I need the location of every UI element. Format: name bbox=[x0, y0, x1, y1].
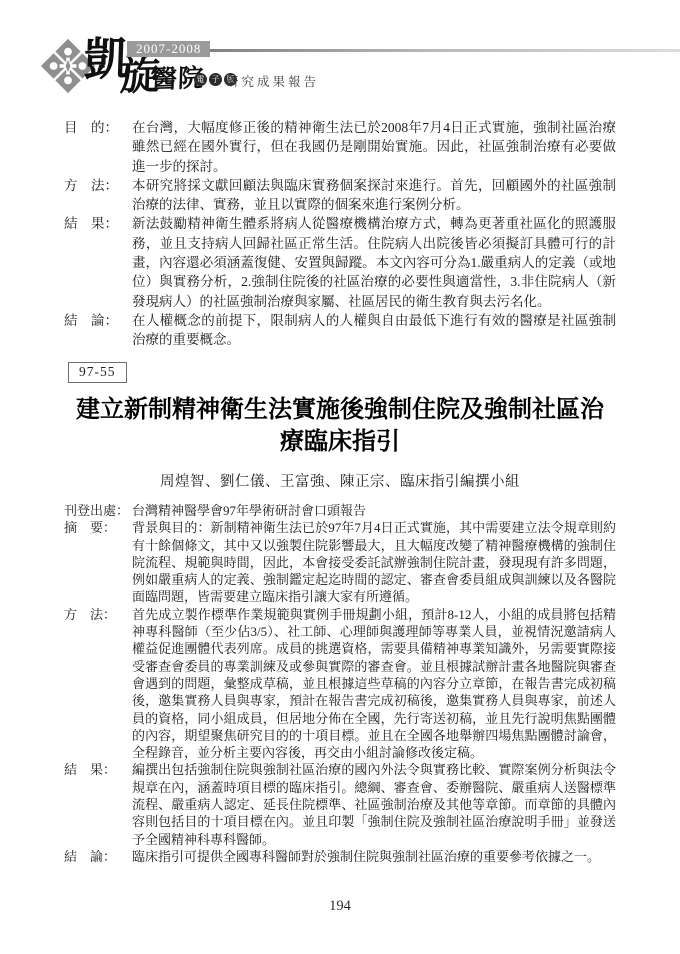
abstract-row-conclusion: 結 論： 在人權概念的前提下，限制病人的人權與自由最低下進行有效的醫療是社區強制… bbox=[64, 311, 616, 350]
page-header: 凱 旋 醫院 2007-2008 電 子 版 研究成果報告 bbox=[0, 0, 680, 112]
abstract-main: 刊登出處： 台灣精神醫學會97年學術研討會口頭報告 摘 要： 背景與目的：新制精… bbox=[64, 502, 616, 865]
edition-badge-icon: 電 bbox=[194, 73, 207, 86]
row-text: 台灣精神醫學會97年學術研討會口頭報告 bbox=[132, 502, 616, 519]
paper-authors: 周煌智、劉仁儀、王富強、陳正宗、臨床指引編撰小組 bbox=[60, 470, 620, 491]
row-label: 結 論： bbox=[64, 848, 132, 865]
abstract-row-method: 方 法： 首先成立製作標準作業規範與實例手冊規劃小組，預計8-12人，小組的成員… bbox=[64, 606, 616, 762]
row-text: 在人權概念的前提下，限制病人的人權與自由最低下進行有效的醫療是社區強制治療的重要… bbox=[132, 311, 616, 350]
row-text: 新法鼓勵精神衛生體系將病人從醫療機構治療方式，轉為更著重社區化的照護服務，並且支… bbox=[132, 214, 616, 310]
abstract-row-conclusion: 結 論： 臨床指引可提供全國專科醫師對於強制住院與強制社區治療的重要參考依據之一… bbox=[64, 848, 616, 865]
abstract-row-summary: 摘 要： 背景與目的：新制精神衛生法已於97年7月4日正式實施，其中需要建立法令… bbox=[64, 519, 616, 605]
header-divider bbox=[130, 49, 680, 52]
abstract-row-method: 方 法： 本研究將採文獻回顧法與臨床實務個案探討來進行。首先，回顧國外的社區強制… bbox=[64, 176, 616, 215]
row-text: 在台灣，大幅度修正後的精神衛生法已於2008年7月4日正式實施，強制社區治療雖然… bbox=[132, 118, 616, 176]
row-text: 本研究將採文獻回顧法與臨床實務個案探討來進行。首先，回顧國外的社區強制治療的法律… bbox=[132, 176, 616, 215]
edition-badge-icon: 子 bbox=[209, 73, 222, 86]
row-label: 摘 要： bbox=[64, 519, 132, 605]
paper-title: 建立新制精神衛生法實施後強制住院及強制社區治療臨床指引 bbox=[60, 394, 620, 458]
row-label: 結 果： bbox=[64, 761, 132, 847]
row-text: 首先成立製作標準作業規範與實例手冊規劃小組，預計8-12人，小組的成員將包括精神… bbox=[132, 606, 616, 762]
year-range-badge: 2007-2008 bbox=[127, 41, 210, 57]
row-label: 結 果： bbox=[64, 214, 132, 310]
page-number: 194 bbox=[0, 898, 680, 915]
abstract-row-results: 結 果： 編撰出包括強制住院與強制社區治療的國內外法令與實務比較、實際案例分析與… bbox=[64, 761, 616, 847]
row-text: 臨床指引可提供全國專科醫師對於強制住院與強制社區治療的重要參考依據之一。 bbox=[132, 848, 616, 865]
paper-title-text: 建立新制精神衛生法實施後強制住院及強制社區治療臨床指引 bbox=[70, 394, 610, 458]
abstract-top: 目 的： 在台灣，大幅度修正後的精神衛生法已於2008年7月4日正式實施，強制社… bbox=[64, 118, 616, 350]
abstract-row-purpose: 目 的： 在台灣，大幅度修正後的精神衛生法已於2008年7月4日正式實施，強制社… bbox=[64, 118, 616, 176]
row-text: 背景與目的：新制精神衛生法已於97年7月4日正式實施，其中需要建立法令規章則約有… bbox=[132, 519, 616, 605]
report-page: 凱 旋 醫院 2007-2008 電 子 版 研究成果報告 目 的： 在台灣，大… bbox=[0, 0, 680, 954]
abstract-row-results: 結 果： 新法鼓勵精神衛生體系將病人從醫療機構治療方式，轉為更著重社區化的照護服… bbox=[64, 214, 616, 310]
row-label: 目 的： bbox=[64, 118, 132, 176]
row-label: 方 法： bbox=[64, 606, 132, 762]
row-label: 結 論： bbox=[64, 311, 132, 350]
row-label: 刊登出處： bbox=[64, 502, 132, 519]
report-series-subtitle: 研究成果報告 bbox=[226, 72, 319, 90]
row-label: 方 法： bbox=[64, 176, 132, 215]
abstract-row-publication: 刊登出處： 台灣精神醫學會97年學術研討會口頭報告 bbox=[64, 502, 616, 519]
paper-number-box: 97-55 bbox=[68, 362, 127, 383]
row-text: 編撰出包括強制住院與強制社區治療的國內外法令與實務比較、實際案例分析與法令規章在… bbox=[132, 761, 616, 847]
